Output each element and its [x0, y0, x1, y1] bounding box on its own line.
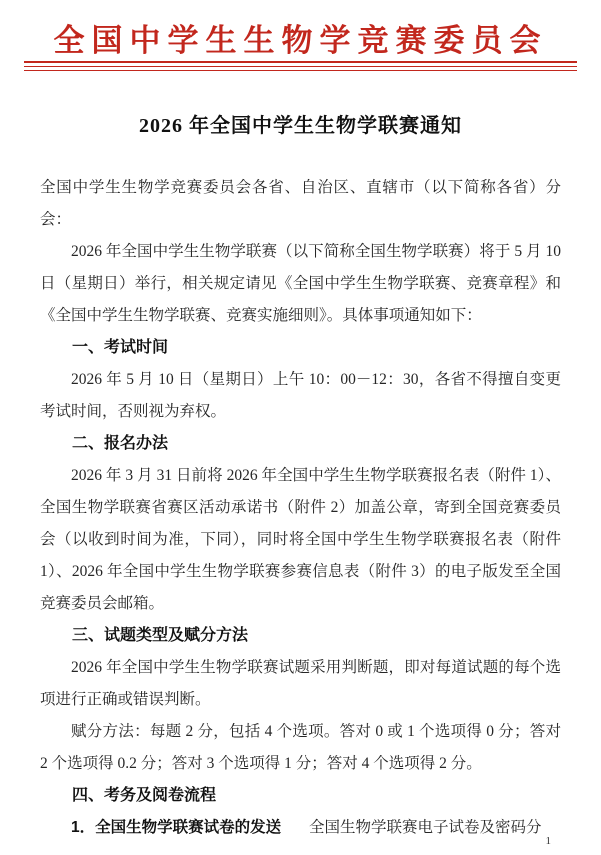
salutation-paragraph: 全国中学生生物学竞赛委员会各省、自治区、直辖市（以下简称各省）分会：: [40, 172, 561, 236]
section-3-paragraph-1: 2026 年全国中学生生物学联赛试题采用判断题，即对每道试题的每个选项进行正确或…: [40, 652, 561, 716]
section-4-item-1-text: 全国生物学联赛电子试卷及密码分: [309, 819, 542, 836]
section-4-item-1: 1．全国生物学联赛试卷的发送全国生物学联赛电子试卷及密码分: [40, 812, 561, 844]
intro-paragraph: 2026 年全国中学生生物学联赛（以下简称全国生物学联赛）将于 5 月 10 日…: [40, 236, 561, 332]
document-body: 全国中学生生物学竞赛委员会各省、自治区、直辖市（以下简称各省）分会： 2026 …: [40, 172, 561, 844]
letterhead-rule: [24, 66, 577, 71]
document-title: 2026 年全国中学生生物学联赛通知: [0, 109, 601, 138]
letterhead-title: 全国中学生生物学竞赛委员会: [24, 24, 577, 63]
section-heading-3: 三、试题类型及赋分方法: [40, 620, 561, 652]
section-heading-4: 四、考务及阅卷流程: [40, 780, 561, 812]
section-heading-2: 二、报名办法: [40, 428, 561, 460]
section-4-item-1-label: 1．全国生物学联赛试卷的发送: [71, 819, 281, 836]
section-heading-1: 一、考试时间: [40, 332, 561, 364]
page-number: 1: [546, 835, 552, 847]
section-2-paragraph: 2026 年 3 月 31 日前将 2026 年全国中学生生物学联赛报名表（附件…: [40, 460, 561, 620]
section-1-paragraph: 2026 年 5 月 10 日（星期日）上午 10：00－12：30，各省不得擅…: [40, 364, 561, 428]
section-3-paragraph-2: 赋分方法：每题 2 分，包括 4 个选项。答对 0 或 1 个选项得 0 分；答…: [40, 716, 561, 780]
document-page: 全国中学生生物学竞赛委员会 2026 年全国中学生生物学联赛通知 全国中学生生物…: [0, 0, 601, 855]
